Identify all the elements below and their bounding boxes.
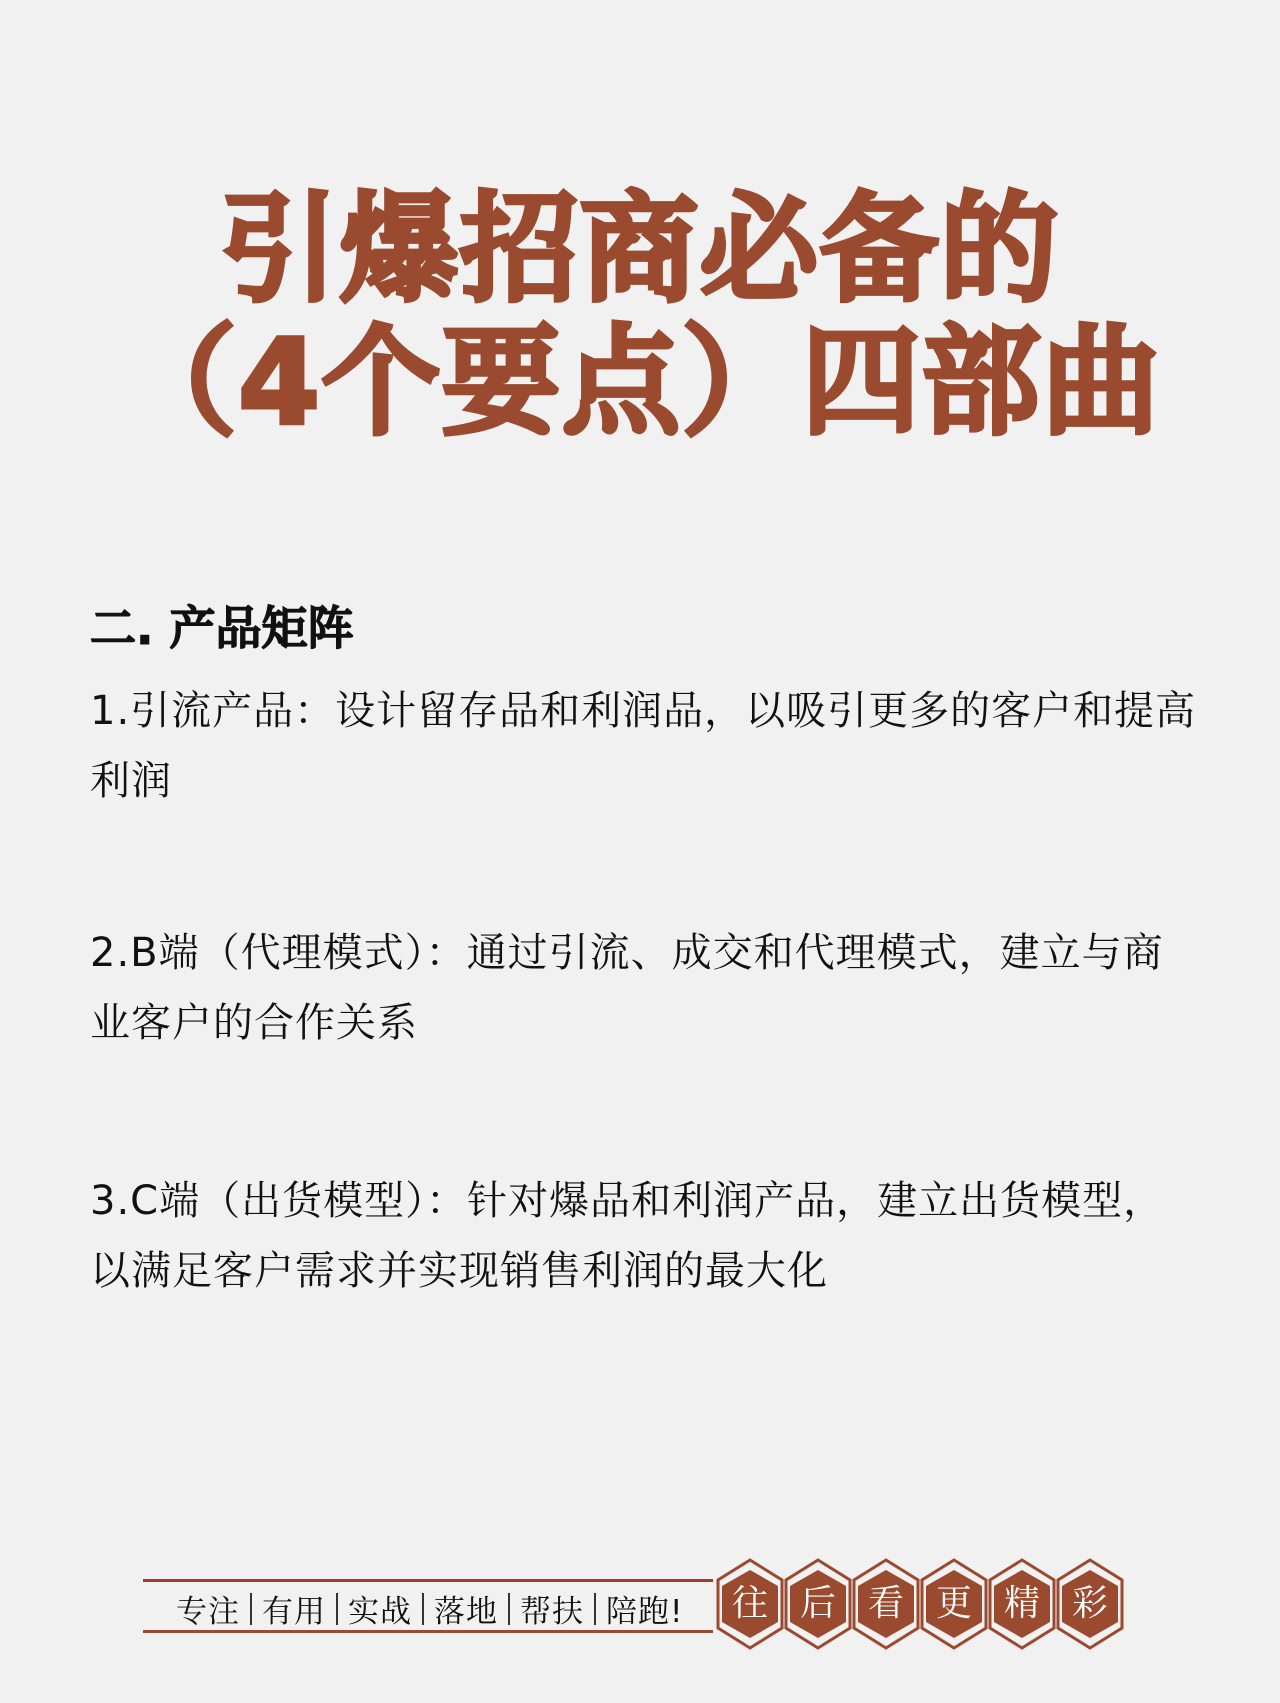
separator bbox=[250, 1593, 252, 1625]
hexagon-badge: 往 bbox=[716, 1558, 784, 1650]
slogan-word: 实战 bbox=[348, 1586, 412, 1631]
list-item: 2.B端（代理模式）：通过引流、成交和代理模式，建立与商业客户的合作关系 bbox=[90, 918, 1200, 1058]
slogan-word: 落地 bbox=[434, 1586, 498, 1631]
hex-char: 彩 bbox=[1056, 1558, 1124, 1650]
separator bbox=[422, 1593, 424, 1625]
hexagon-badge: 更 bbox=[920, 1558, 988, 1650]
hexagon-badge: 后 bbox=[784, 1558, 852, 1650]
slogan-word: 帮扶 bbox=[520, 1586, 584, 1631]
slogan-word: 专注 bbox=[176, 1586, 240, 1631]
list-item: 1.引流产品：设计留存品和利润品，以吸引更多的客户和提高利润 bbox=[90, 676, 1200, 816]
slogan-word: 有用 bbox=[262, 1586, 326, 1631]
hexagon-badge: 彩 bbox=[1056, 1558, 1124, 1650]
hexagon-banner: 往 后 看 更 精 彩 bbox=[716, 1558, 1124, 1650]
hex-char: 精 bbox=[988, 1558, 1056, 1650]
title-line-1: 引爆招商必备的 bbox=[0, 190, 1280, 308]
separator bbox=[508, 1593, 510, 1625]
hex-char: 往 bbox=[716, 1558, 784, 1650]
hex-char: 看 bbox=[852, 1558, 920, 1650]
footer-divider-top bbox=[143, 1579, 713, 1582]
separator bbox=[336, 1593, 338, 1625]
separator bbox=[594, 1593, 596, 1625]
footer-slogan: 专注 有用 实战 落地 帮扶 陪跑! bbox=[176, 1586, 683, 1631]
hex-char: 更 bbox=[920, 1558, 988, 1650]
list-item: 3.C端（出货模型）：针对爆品和利润产品，建立出货模型，以满足客户需求并实现销售… bbox=[90, 1166, 1200, 1306]
hexagon-badge: 看 bbox=[852, 1558, 920, 1650]
hex-char: 后 bbox=[784, 1558, 852, 1650]
slogan-word: 陪跑! bbox=[606, 1586, 683, 1631]
section-heading: 二. 产品矩阵 bbox=[90, 592, 354, 658]
hexagon-badge: 精 bbox=[988, 1558, 1056, 1650]
title-line-2: （4个要点）四部曲 bbox=[0, 323, 1280, 441]
